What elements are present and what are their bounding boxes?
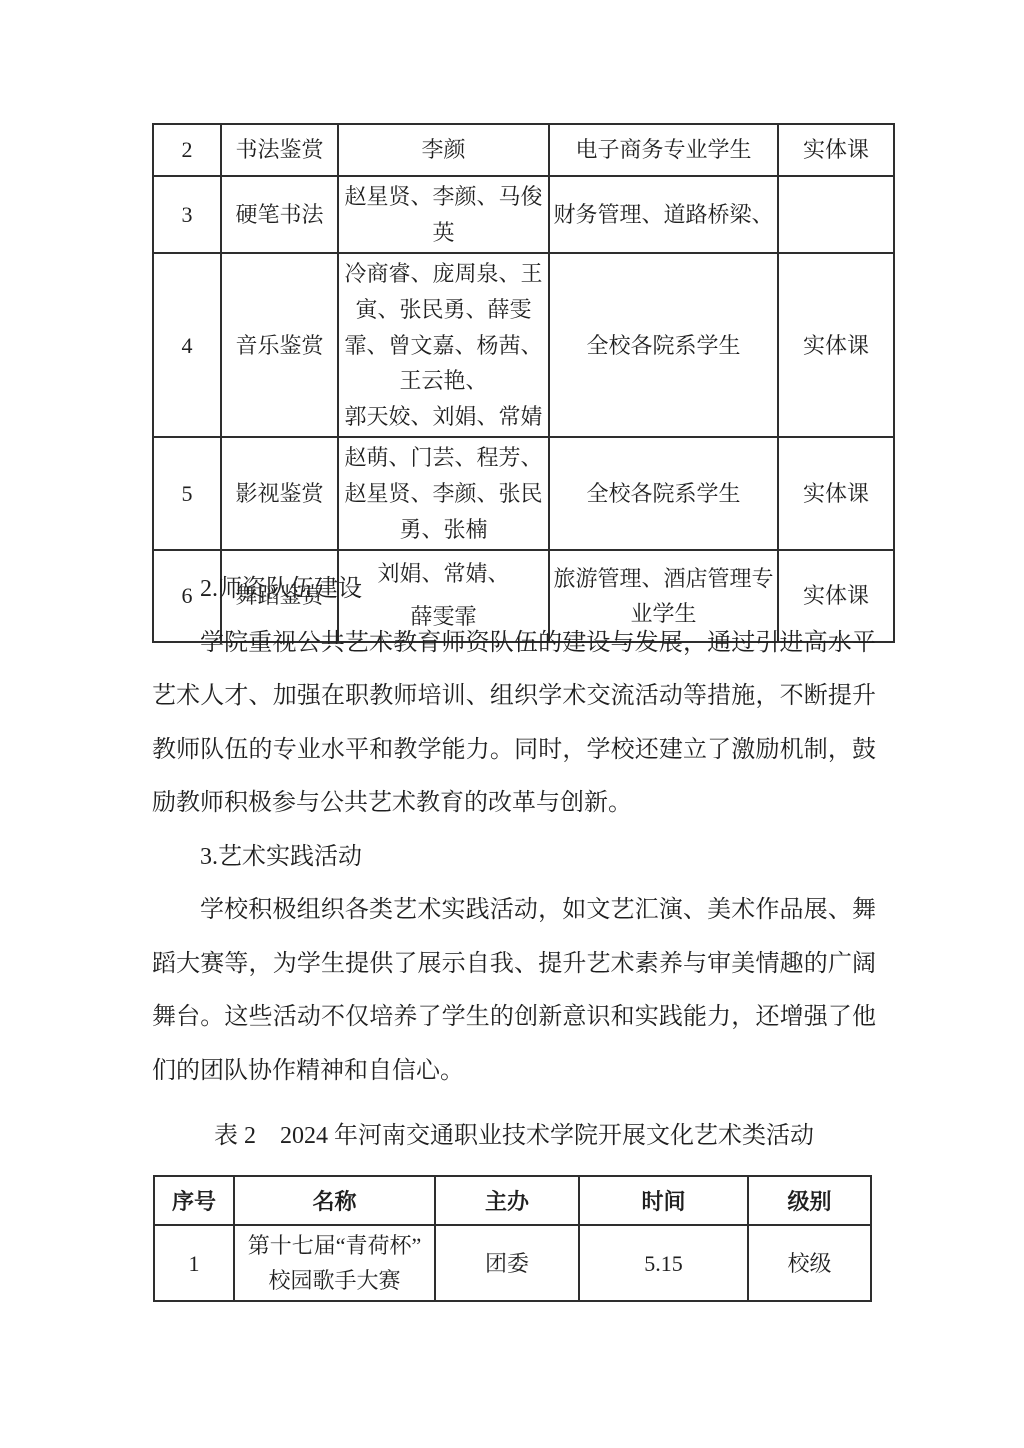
course-students: 全校各院系学生 [549, 437, 778, 550]
course-students: 电子商务专业学生 [549, 124, 778, 176]
course-name: 硬笔书法 [221, 176, 338, 253]
course-table-row: 3 硬笔书法 赵星贤、李颜、马俊英 财务管理、道路桥梁、 [153, 176, 894, 253]
course-teachers: 赵萌、门芸、程芳、赵星贤、李颜、张民勇、张楠 [338, 437, 549, 550]
header-seq: 序号 [154, 1176, 234, 1225]
activity-table-header-row: 序号 名称 主办 时间 级别 [154, 1176, 871, 1225]
activity-name: 第十七届“青荷杯” 校园歌手大赛 [234, 1225, 435, 1301]
course-name: 书法鉴赏 [221, 124, 338, 176]
activity-table: 序号 名称 主办 时间 级别 1 第十七届“青荷杯” 校园歌手大赛 团委 5.1… [153, 1175, 872, 1302]
paragraph-practice: 学校积极组织各类艺术实践活动，如文艺汇演、美术作品展、舞蹈大赛等，为学生提供了展… [152, 884, 876, 1098]
course-teachers: 李颜 [338, 124, 549, 176]
course-mode: 实体课 [778, 124, 894, 176]
paragraph-faculty: 学院重视公共艺术教育师资队伍的建设与发展，通过引进高水平艺术人才、加强在职教师培… [152, 617, 876, 831]
section-heading-faculty: 2.师资队伍建设 [152, 563, 876, 617]
activity-table-row: 1 第十七届“青荷杯” 校园歌手大赛 团委 5.15 校级 [154, 1225, 871, 1301]
course-mode [778, 176, 894, 253]
course-mode: 实体课 [778, 437, 894, 550]
course-table-row: 2 书法鉴赏 李颜 电子商务专业学生 实体课 [153, 124, 894, 176]
header-time: 时间 [579, 1176, 748, 1225]
course-row-number: 4 [153, 253, 221, 437]
activity-host: 团委 [435, 1225, 579, 1301]
document-page: { "page": { "background": "#ffffff", "te… [0, 0, 1024, 1448]
course-row-number: 3 [153, 176, 221, 253]
course-table-row: 5 影视鉴赏 赵萌、门芸、程芳、赵星贤、李颜、张民勇、张楠 全校各院系学生 实体… [153, 437, 894, 550]
course-name: 音乐鉴赏 [221, 253, 338, 437]
course-teachers: 赵星贤、李颜、马俊英 [338, 176, 549, 253]
course-students: 全校各院系学生 [549, 253, 778, 437]
course-mode: 实体课 [778, 253, 894, 437]
section-heading-practice: 3.艺术实践活动 [152, 831, 876, 885]
activity-seq: 1 [154, 1225, 234, 1301]
body-text: 2.师资队伍建设 学院重视公共艺术教育师资队伍的建设与发展，通过引进高水平艺术人… [152, 563, 876, 1164]
course-students: 财务管理、道路桥梁、 [549, 176, 778, 253]
course-row-number: 2 [153, 124, 221, 176]
course-name: 影视鉴赏 [221, 437, 338, 550]
course-table-row: 4 音乐鉴赏 冷商睿、庞周泉、王寅、张民勇、薛雯霏、曾文嘉、杨茜、王云艳、 郭天… [153, 253, 894, 437]
course-teachers: 冷商睿、庞周泉、王寅、张民勇、薛雯霏、曾文嘉、杨茜、王云艳、 郭天姣、刘娟、常婧 [338, 253, 549, 437]
header-level: 级别 [748, 1176, 871, 1225]
header-host: 主办 [435, 1176, 579, 1225]
table2-caption: 表 2 2024 年河南交通职业技术学院开展文化艺术类活动 [152, 1110, 876, 1164]
course-row-number: 5 [153, 437, 221, 550]
activity-level: 校级 [748, 1225, 871, 1301]
activity-time: 5.15 [579, 1225, 748, 1301]
header-name: 名称 [234, 1176, 435, 1225]
